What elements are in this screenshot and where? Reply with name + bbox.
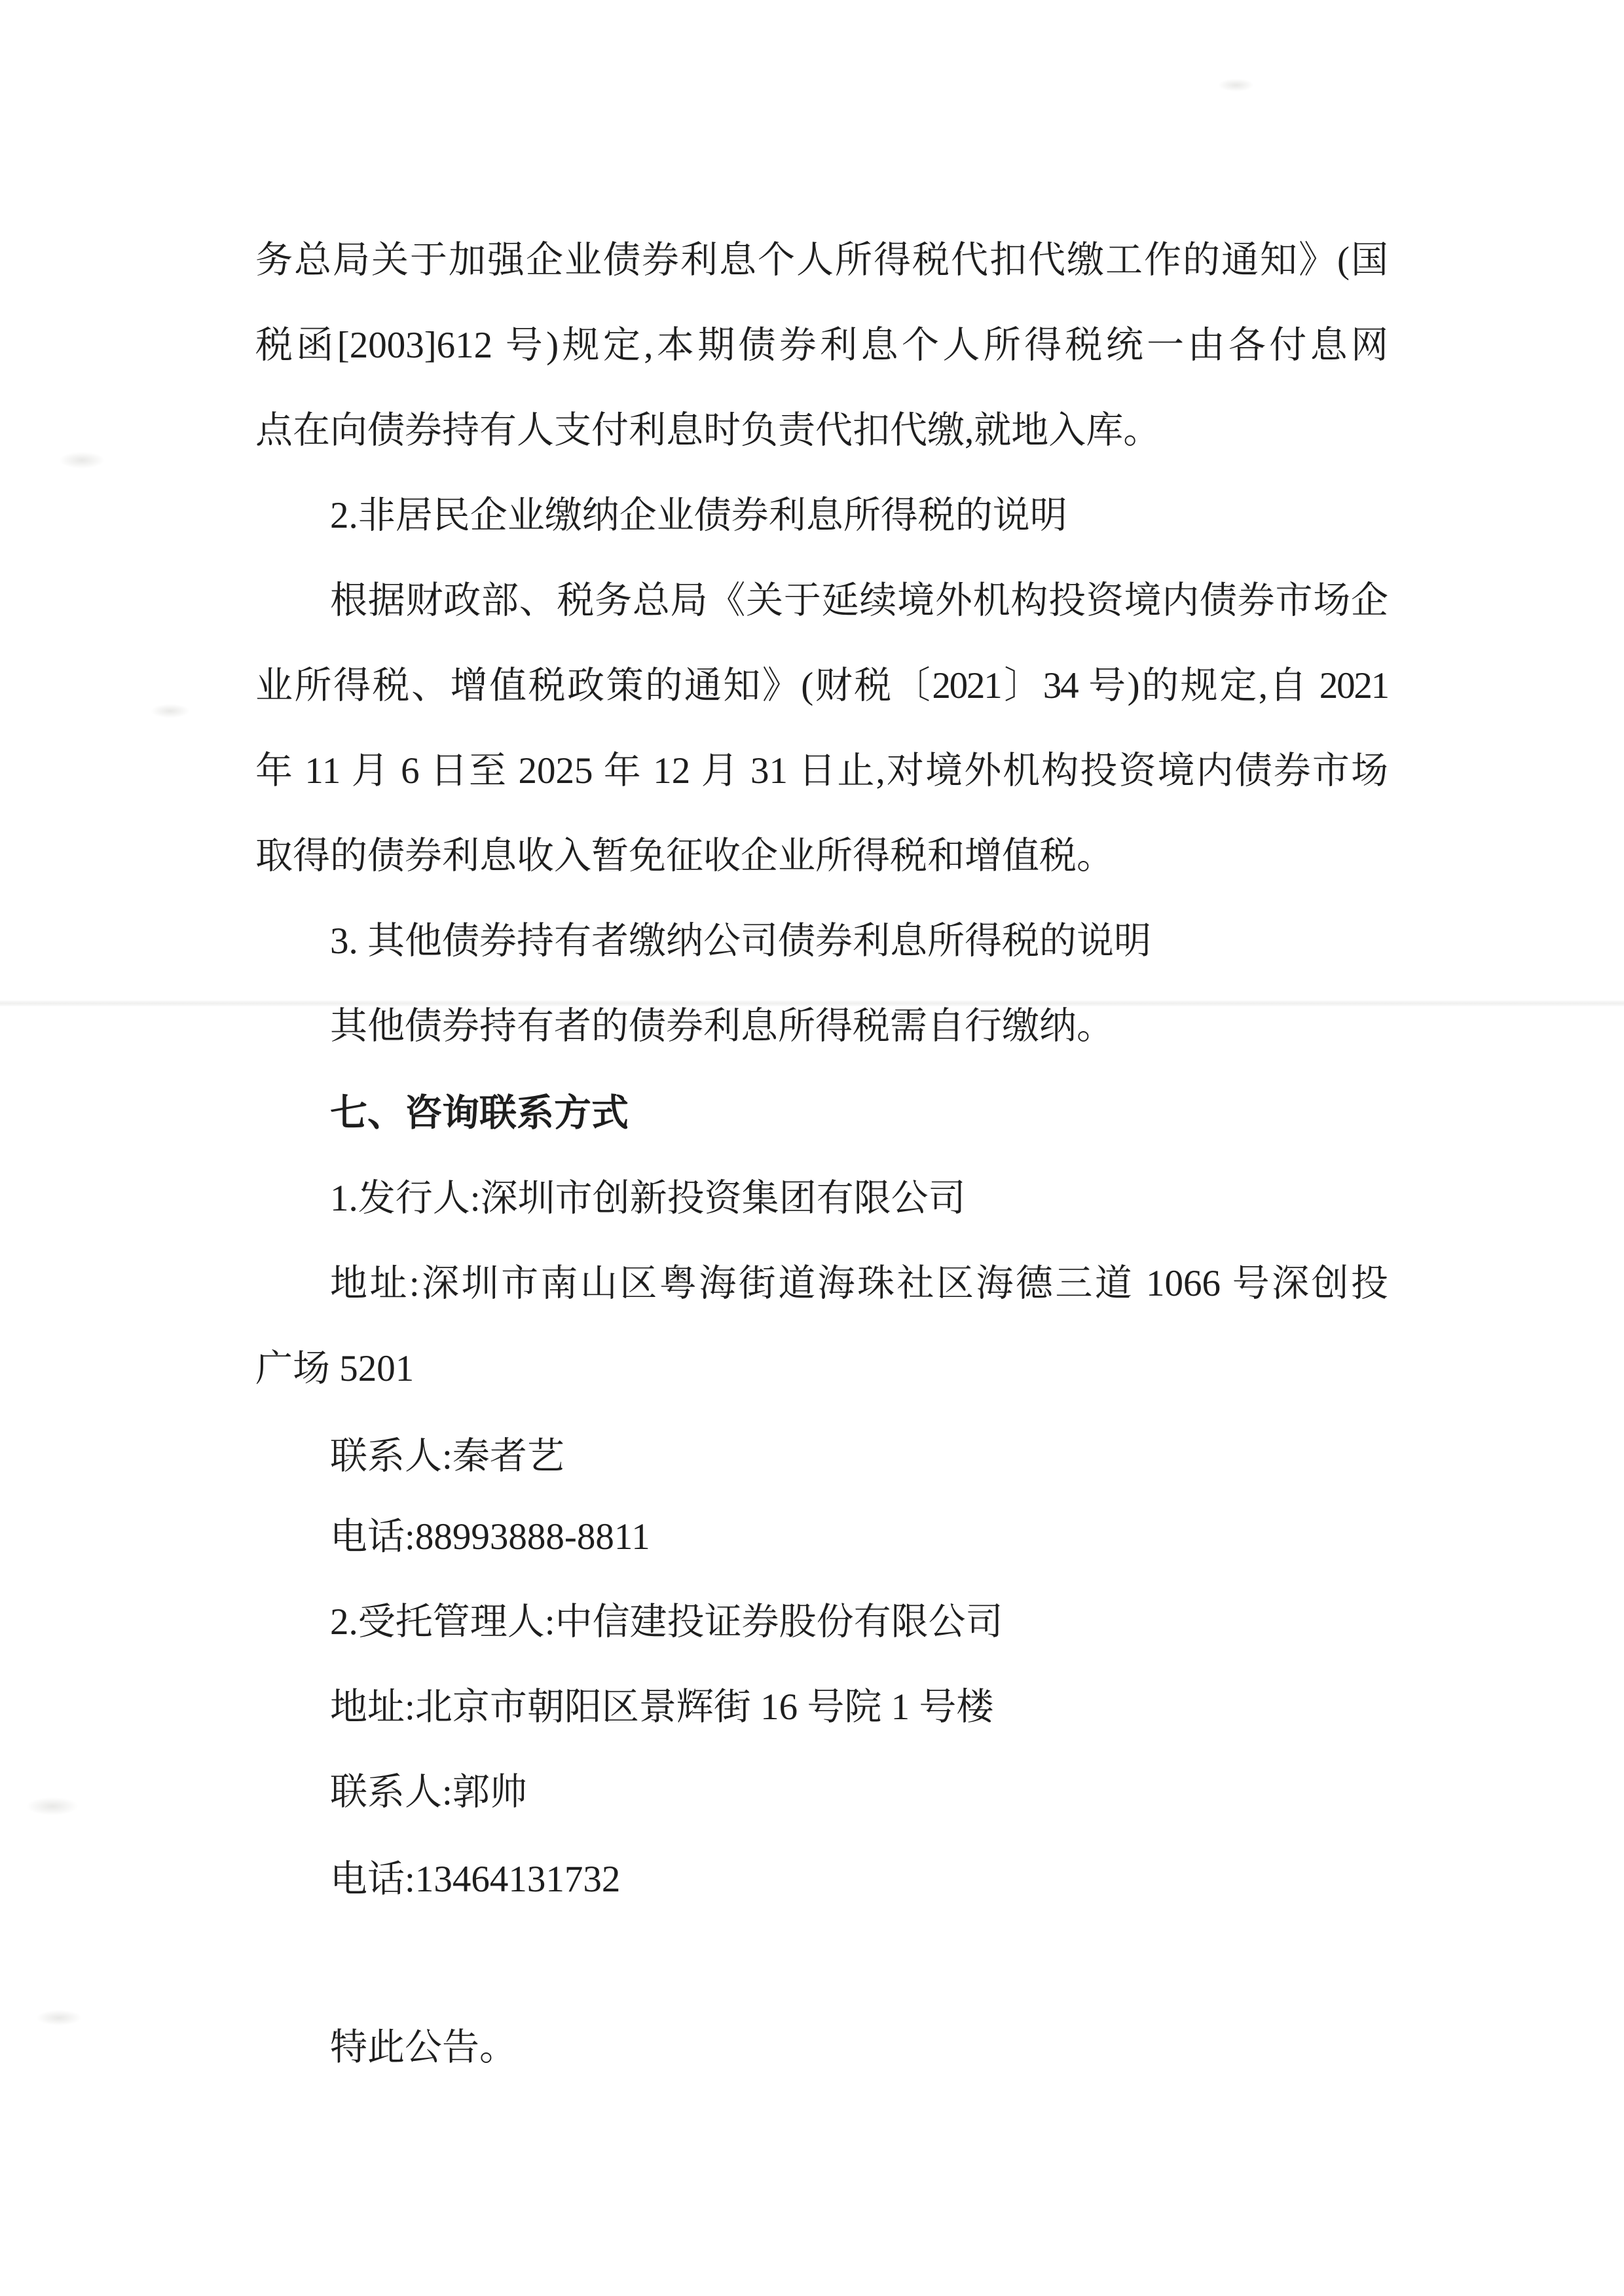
scanned-announcement-page: 务总局关于加强企业债券利息个人所得税代扣代缴工作的通知》(国 税函[2003]6… [0,0,1624,2296]
doc-line-withholding: 点在向债券持有人支付利息时负责代扣代缴,就地入库。 [255,409,1388,452]
scan-artifact [59,452,105,469]
closing-announcement-line: 特此公告。 [255,2026,1388,2069]
trustee-line: 2.受托管理人:中信建投证券股份有限公司 [255,1601,1388,1644]
doc-line-caizhengbu: 根据财政部、税务总局《关于延续境外机构投资境内债券市场企 [255,579,1388,623]
scan-artifact [26,1797,79,1815]
trustee-phone-line: 电话:13464131732 [255,1858,1388,1901]
subsection-3-heading: 3. 其他债券持有者缴纳公司债券利息所得税的说明 [255,920,1388,963]
issuer-address-line: 地址:深圳市南山区粤海街道海珠社区海德三道 1066 号深创投 [255,1262,1388,1305]
trustee-contact-line: 联系人:郭帅 [255,1771,1388,1814]
scan-artifact [1218,79,1254,92]
section-7-heading: 七、咨询联系方式 [255,1092,1388,1135]
doc-line-caishui-2021: 业所得税、增值税政策的通知》(财税〔2021〕34 号)的规定,自 2021 [255,665,1388,708]
scan-artifact [36,2010,82,2026]
issuer-phone-line: 电话:88993888-8811 [255,1516,1388,1559]
doc-line-notice-title-cont: 务总局关于加强企业债券利息个人所得税代扣代缴工作的通知》(国 [255,239,1388,282]
doc-line-date-range: 年 11 月 6 日至 2025 年 12 月 31 日止,对境外机构投资境内债… [255,750,1388,793]
doc-line-tax-exempt: 取得的债券利息收入暂免征收企业所得税和增值税。 [255,835,1388,878]
subsection-2-heading: 2.非居民企业缴纳企业债券利息所得税的说明 [255,494,1388,538]
doc-line-self-pay: 其他债券持有者的债券利息所得税需自行缴纳。 [255,1005,1388,1048]
scan-artifact [151,704,190,718]
trustee-address-line: 地址:北京市朝阳区景辉街 16 号院 1 号楼 [255,1686,1388,1729]
issuer-contact-line: 联系人:秦者艺 [255,1435,1388,1478]
doc-line-guoshuihan: 税函[2003]612 号)规定,本期债券利息个人所得税统一由各付息网 [255,324,1388,367]
issuer-address-line-2: 广场 5201 [255,1347,1388,1391]
issuer-line: 1.发行人:深圳市创新投资集团有限公司 [255,1177,1388,1220]
